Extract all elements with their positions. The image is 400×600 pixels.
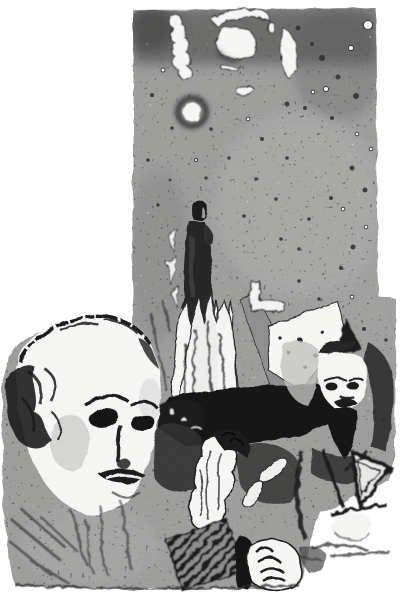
- galaxy-arc-blob: [267, 23, 276, 32]
- etching-collage-artwork: Black-and-white etching collage: a speck…: [0, 0, 400, 600]
- old-man-nose-tip: [117, 459, 131, 469]
- fist-hand: [247, 539, 302, 590]
- bearded-man-eye-right: [346, 381, 358, 389]
- old-man-cheek-shade: [50, 414, 90, 470]
- artwork-canvas: Black-and-white etching collage: a speck…: [0, 0, 400, 600]
- bearded-man-eye-left: [325, 382, 337, 390]
- figure-head: [192, 201, 207, 221]
